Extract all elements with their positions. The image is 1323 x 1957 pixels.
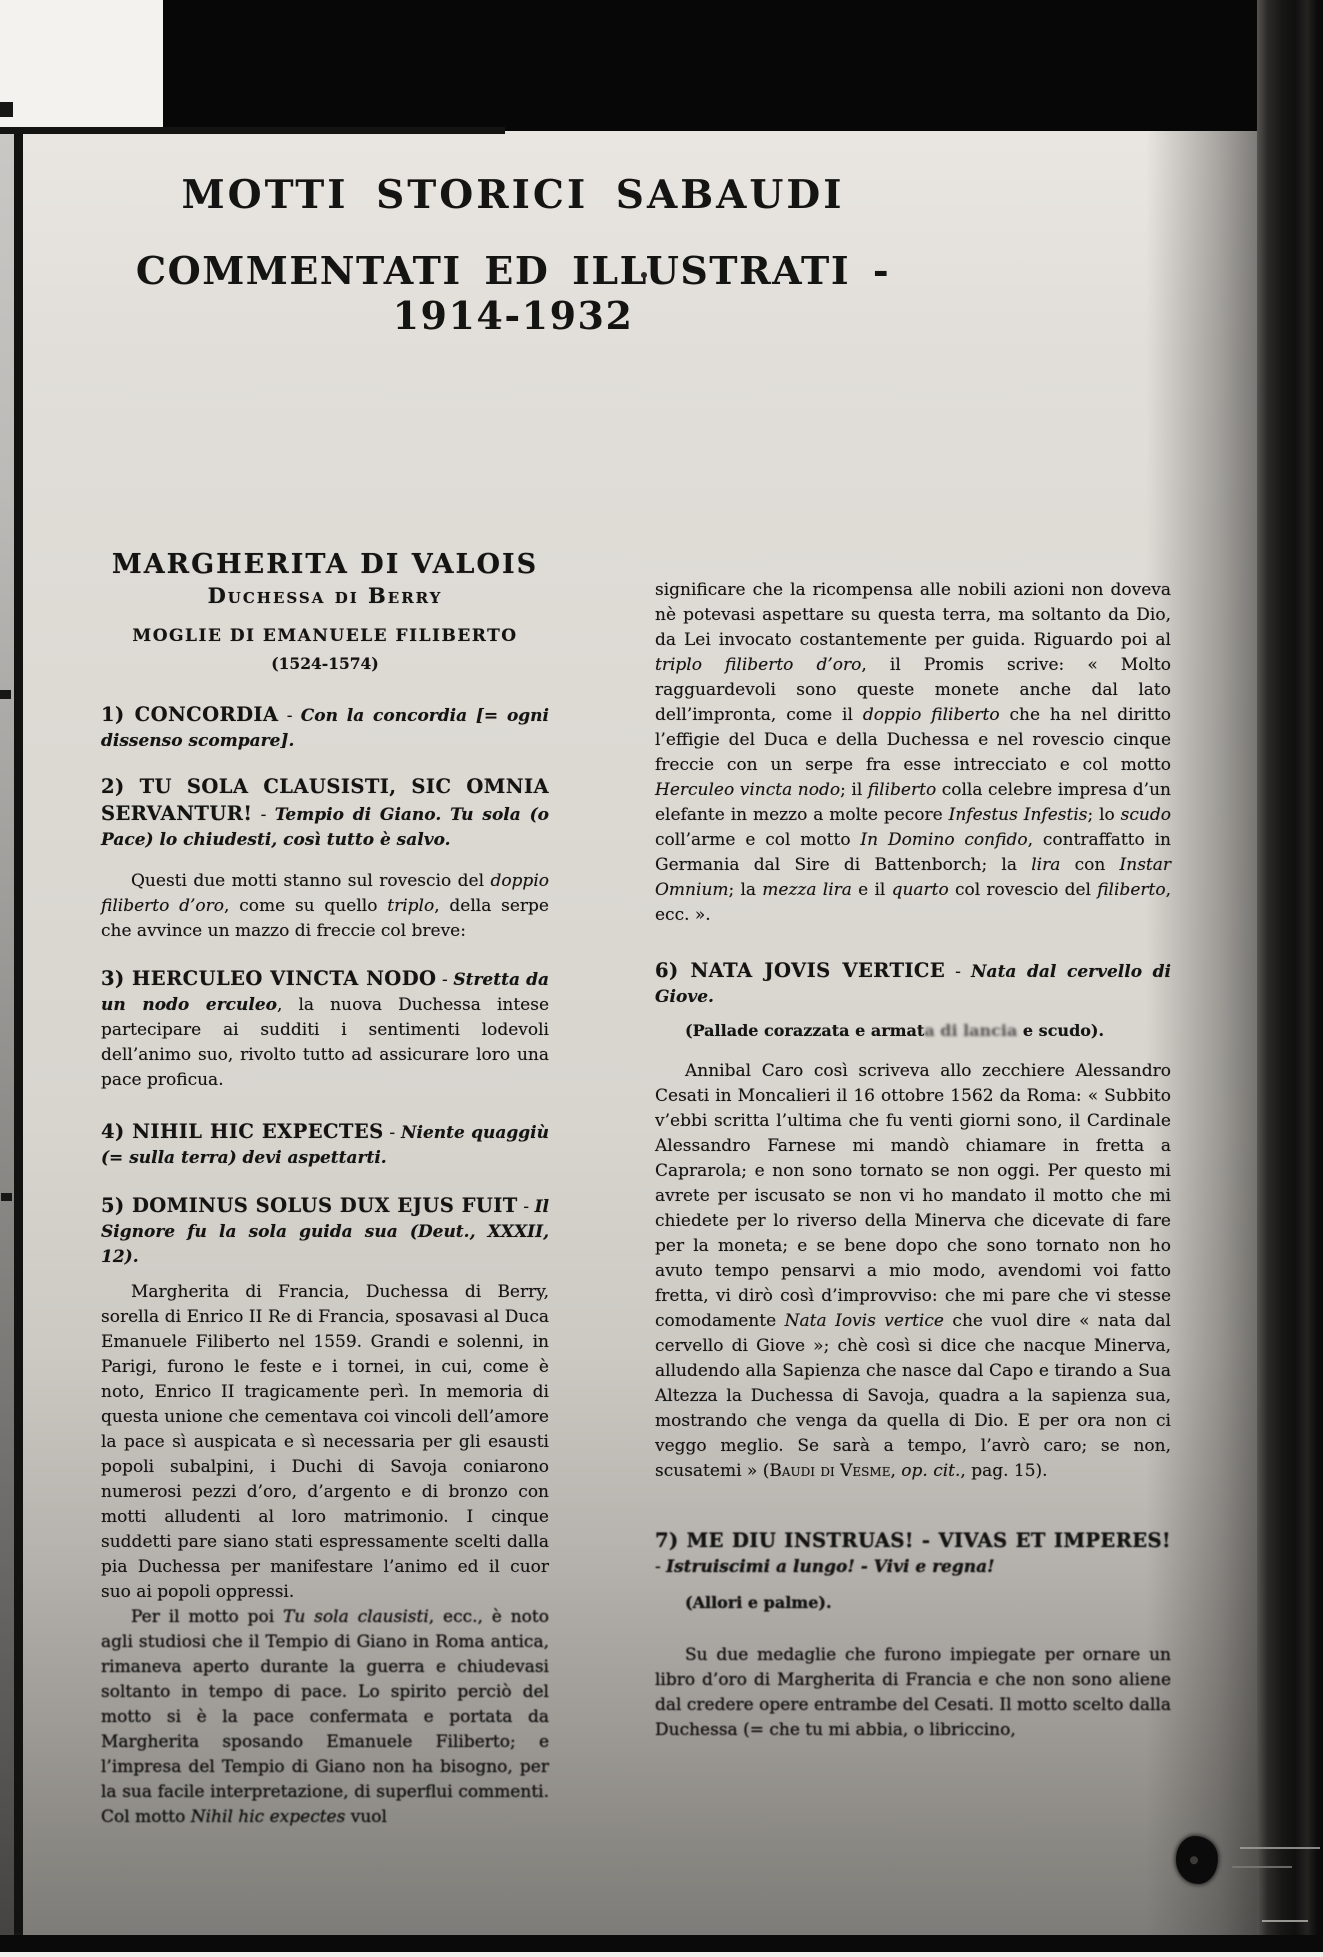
note-pallade: (Pallade corazzata e armata di lancia e …: [655, 1018, 1171, 1043]
page-corner-ink-blot: [1174, 1835, 1219, 1886]
motto-entry-5: 5) DOMINUS SOLUS DUX EJUS FUIT - Il Sign…: [101, 1193, 549, 1270]
scanned-book-page: MOTTI STORICI SABAUDI COMMENTATI ED ILLU…: [0, 0, 1323, 1957]
motto-entry-7: 7) ME DIU INSTRUAS! - VIVAS ET IMPERES! …: [655, 1528, 1171, 1580]
motto-entry-4: 4) NIHIL HIC EXPECTES - Niente quaggiù (…: [101, 1119, 549, 1171]
subject-role: MOGLIE DI EMANUELE FILIBERTO: [101, 624, 549, 649]
book-title-line-2: COMMENTATI ED ILLUSTRATI - 1914-1932: [63, 248, 963, 338]
paragraph-tu-sola: Per il motto poi Tu sola clausisti, ecc.…: [101, 1605, 549, 1830]
scan-edge-right: [1257, 0, 1323, 1957]
subject-title: Duchessa di Berry: [101, 583, 549, 608]
note-allori: (Allori e palme).: [655, 1590, 1171, 1615]
scan-scratch: [1262, 1920, 1308, 1922]
book-title-line-1: MOTTI STORICI SABAUDI: [63, 172, 963, 218]
motto-entry-1: 1) CONCORDIA - Con la concordia [= ogni …: [101, 702, 549, 754]
scan-edge-left: [0, 0, 14, 1957]
motto-entry-2: 2) TU SOLA CLAUSISTI, SIC OMNIA SERVANTU…: [101, 774, 549, 853]
page-top-edge-shadow: [0, 127, 505, 134]
binding-mark: [0, 690, 11, 699]
subject-years: (1524-1574): [101, 651, 549, 676]
paragraph-rovescio: Questi due motti stanno sul rovescio del…: [101, 869, 549, 944]
page-binding-line: [14, 133, 23, 1933]
paragraph-annibal-caro: Annibal Caro così scriveva allo zecchier…: [655, 1059, 1171, 1484]
right-column: significare che la ricompensa alle nobil…: [655, 578, 1171, 1743]
section-heading: MARGHERITA DI VALOIS Duchessa di Berry M…: [101, 552, 549, 676]
scan-scratch: [1240, 1847, 1320, 1849]
scan-black-bar-top: [163, 0, 1257, 131]
binding-mark: [1, 1193, 12, 1201]
paragraph-margherita: Margherita di Francia, Duchessa di Berry…: [101, 1280, 549, 1605]
ink-speck: [641, 272, 647, 278]
motto-entry-3: 3) HERCULEO VINCTA NODO - Stretta da un …: [101, 966, 549, 1093]
paragraph-medaglie: Su due medaglie che furono impiegate per…: [655, 1643, 1171, 1743]
left-column: MARGHERITA DI VALOIS Duchessa di Berry M…: [101, 552, 549, 1830]
page-surface: MOTTI STORICI SABAUDI COMMENTATI ED ILLU…: [23, 0, 1257, 1935]
motto-entry-6: 6) NATA JOVIS VERTICE - Nata dal cervell…: [655, 958, 1171, 1010]
subject-name: MARGHERITA DI VALOIS: [101, 552, 549, 577]
paragraph-promis: significare che la ricompensa alle nobil…: [655, 578, 1171, 928]
book-title: MOTTI STORICI SABAUDI COMMENTATI ED ILLU…: [63, 172, 963, 338]
scan-margin-bottom: [0, 1952, 1323, 1957]
scan-scratch: [1232, 1866, 1292, 1868]
binding-mark: [0, 102, 13, 117]
scan-edge-bottom: [0, 1935, 1323, 1952]
scan-margin-top-left: [0, 0, 168, 127]
